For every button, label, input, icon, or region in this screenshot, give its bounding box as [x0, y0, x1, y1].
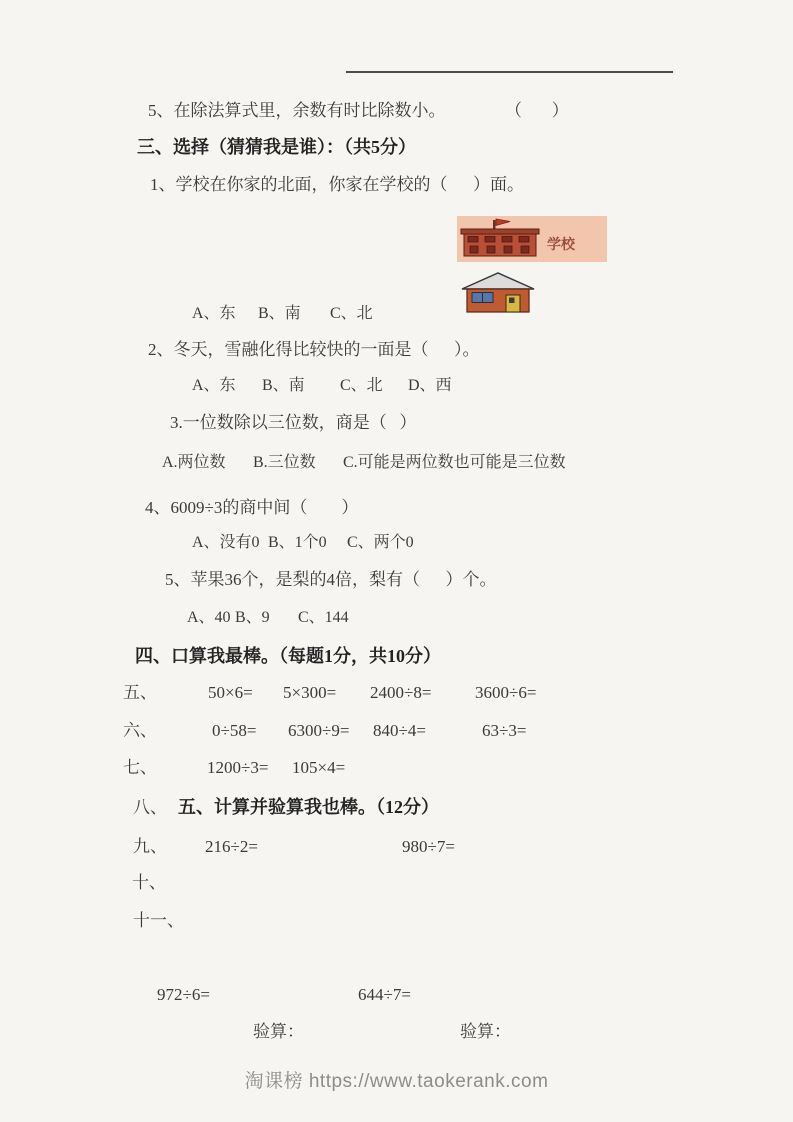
header-divider-line	[346, 71, 673, 73]
choice-q2-option-a: A、东	[192, 375, 236, 397]
choice-q3-option-b: B.三位数	[253, 452, 316, 474]
verify-label: 验算：	[460, 1021, 511, 1043]
calc-section-title: 五、计算并验算我也棒。（12分）	[178, 796, 439, 818]
choice-q2-option-d: D、西	[408, 375, 452, 397]
house-image	[459, 270, 537, 315]
school-roof	[461, 229, 539, 234]
oral-expression: 0÷58=	[212, 720, 256, 742]
calc-expression: 644÷7=	[358, 984, 411, 1006]
choice-q3-option-c: C.可能是两位数也可能是三位数	[343, 452, 566, 474]
oral-expression: 63÷3=	[482, 720, 526, 742]
choice-q5-option-c: C、144	[298, 607, 349, 629]
calc-row9-label: 九、	[133, 836, 167, 858]
oral-row6-label: 六、	[123, 720, 157, 742]
oral-expression: 105×4=	[292, 757, 345, 779]
watermark-footer: 淘课榜 https://www.taokerank.com	[0, 1066, 793, 1093]
worksheet-page: 5、在除法算式里，余数有时比除数小。 （ ） 三、选择（猜猜我是谁）：（共5分）…	[0, 0, 793, 1122]
oral-expression: 50×6=	[208, 682, 253, 704]
choice-q4-text: 4、6009÷3的商中间（ ）	[145, 497, 358, 519]
choice-q1-text: 1、学校在你家的北面，你家在学校的（ ）面。	[150, 174, 524, 196]
calc-expression: 980÷7=	[402, 836, 455, 858]
oral-expression: 1200÷3=	[207, 757, 268, 779]
judge-question-5-blank: （ ）	[505, 100, 569, 122]
choice-q2-text: 2、冬天，雪融化得比较快的一面是（ ）。	[148, 339, 480, 361]
choice-q5-option-a: A、40	[187, 607, 231, 629]
verify-label: 验算：	[253, 1021, 304, 1043]
house-roof	[462, 273, 534, 289]
oral-expression: 6300÷9=	[288, 720, 349, 742]
calc-row11-label: 十一、	[133, 910, 184, 932]
oral-expression: 5×300=	[283, 682, 336, 704]
house-door-window	[509, 298, 515, 304]
oral-row5-label: 五、	[123, 682, 157, 704]
calc-row8-label: 八、	[133, 797, 167, 819]
oral-section-title: 四、口算我最棒。（每题1分，共10分）	[135, 645, 441, 667]
oral-row7-label: 七、	[123, 757, 157, 779]
oral-expression: 2400÷8=	[370, 682, 431, 704]
oral-expression: 3600÷6=	[475, 682, 536, 704]
choice-q2-option-c: C、北	[340, 375, 383, 397]
calc-row10-label: 十、	[132, 872, 166, 894]
judge-question-5: 5、在除法算式里，余数有时比除数小。	[148, 100, 446, 122]
choice-q4-option-c: C、两个0	[347, 532, 414, 554]
choice-q2-option-b: B、南	[262, 375, 305, 397]
choice-q4-option-a: A、没有0	[192, 532, 260, 554]
choice-q5-text: 5、苹果36个，是梨的4倍，梨有（ ）个。	[165, 569, 497, 591]
choice-q1-option-c: C、北	[330, 303, 373, 325]
school-image: 学校	[457, 216, 607, 262]
choice-q1-option-b: B、南	[258, 303, 301, 325]
choice-q1-option-a: A、东	[192, 303, 236, 325]
choice-q3-text: 3.一位数除以三位数，商是（ ）	[170, 412, 417, 434]
oral-expression: 840÷4=	[373, 720, 426, 742]
choice-q4-option-b: B、1个0	[268, 532, 327, 554]
calc-expression: 216÷2=	[205, 836, 258, 858]
choice-q5-option-b: B、9	[235, 607, 270, 629]
school-image-label: 学校	[547, 236, 576, 253]
choice-q3-option-a: A.两位数	[162, 452, 226, 474]
calc-expression: 972÷6=	[157, 984, 210, 1006]
choice-section-title: 三、选择（猜猜我是谁）：（共5分）	[137, 136, 416, 158]
